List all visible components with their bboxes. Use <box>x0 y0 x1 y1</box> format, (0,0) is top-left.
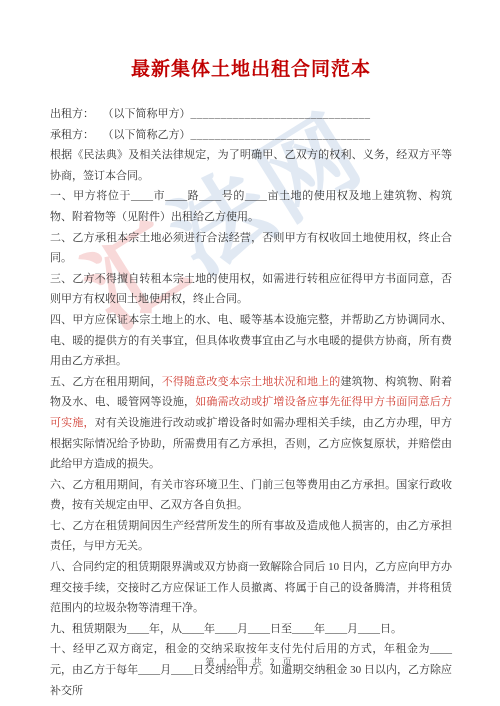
paragraph-text-segment: 对有关设施进行改动或扩增设备时如需办理相关手续，由乙方办理，甲方根据实际情况给予… <box>50 417 452 470</box>
contract-paragraph: 二、乙方承租本宗土地必须进行合法经营，否则甲方有权收回土地使用权，终止合同。 <box>50 228 452 269</box>
paragraph-text-segment: 八、合同约定的租赁期限界满或双方协商一致解除合同后 10 日内，乙方应向甲方办理… <box>50 561 452 614</box>
paragraph-text-segment: 十、经甲乙双方商定，租金的交纳采取按年支付先付后用的方式，年租金为____元，由… <box>50 643 452 696</box>
paragraph-text-segment: 四、甲方应保证本宗土地上的水、电、暖等基本设施完整，并帮助乙方协调同水、电、暖的… <box>50 314 452 367</box>
highlighted-text-segment: 不得随意改变本宗土地状况和地上的 <box>162 376 341 388</box>
paragraph-text-segment: 一、甲方将位于____市____路____号的____亩土地的使用权及地上建筑物… <box>50 190 452 223</box>
paragraph-text-segment: 根据《民法典》及相关法律规定，为了明确甲、乙双方的权利、义务，经双方平等协商，签… <box>50 149 452 182</box>
document-content: 最新集体土地出租合同范本 出租方：（以下简称甲方）_______________… <box>0 0 500 701</box>
paragraph-text-segment: 二、乙方承租本宗土地必须进行合法经营，否则甲方有权收回土地使用权，终止合同。 <box>50 232 452 265</box>
contract-paragraph: 八、合同约定的租赁期限界满或双方协商一致解除合同后 10 日内，乙方应向甲方办理… <box>50 557 452 619</box>
lessor-label: 出租方： <box>50 108 94 120</box>
contract-paragraph: 五、乙方在租用期间，不得随意改变本宗土地状况和地上的建筑物、构筑物、附着物及水、… <box>50 372 452 475</box>
page-title: 最新集体土地出租合同范本 <box>50 58 452 82</box>
contract-paragraph: 三、乙方不得擅自转租本宗土地的使用权，如需进行转租应征得甲方书面同意，否则甲方有… <box>50 269 452 310</box>
lessee-alias: （以下简称乙方） <box>108 129 191 141</box>
paragraph-text-segment: 九、租赁期限为____年，从____年____月____日至____年____月… <box>50 623 402 635</box>
contract-paragraph: 七、乙方在租赁期间因生产经营所发生的所有事故及造成他人损害的，由乙方承担责任，与… <box>50 516 452 557</box>
lessor-line: 出租方：（以下简称甲方）____________________________… <box>50 104 452 125</box>
page-number-footer: 第 1 页 共 2 页 <box>0 655 500 668</box>
contract-paragraph: 十、经甲乙双方商定，租金的交纳采取按年支付先付后用的方式，年租金为____元，由… <box>50 639 452 701</box>
lessee-line: 承租方：（以下简称乙方）____________________________… <box>50 125 452 146</box>
lessee-label: 承租方： <box>50 129 94 141</box>
contract-body: 根据《民法典》及相关法律规定，为了明确甲、乙双方的权利、义务，经双方平等协商，签… <box>50 145 452 701</box>
paragraph-text-segment: 六、乙方租用期间，有关市容环境卫生、门前三包等费用由乙方承担。国家行政收费，按有… <box>50 479 452 512</box>
lessor-blank-field: ______________________________ <box>191 108 371 120</box>
contract-paragraph: 四、甲方应保证本宗土地上的水、电、暖等基本设施完整，并帮助乙方协调同水、电、暖的… <box>50 310 452 372</box>
contract-paragraph: 六、乙方租用期间，有关市容环境卫生、门前三包等费用由乙方承担。国家行政收费，按有… <box>50 475 452 516</box>
contract-paragraph: 九、租赁期限为____年，从____年____月____日至____年____月… <box>50 619 452 640</box>
contract-paragraph: 一、甲方将位于____市____路____号的____亩土地的使用权及地上建筑物… <box>50 186 452 227</box>
paragraph-text-segment: 三、乙方不得擅自转租本宗土地的使用权，如需进行转租应征得甲方书面同意，否则甲方有… <box>50 273 452 306</box>
contract-document-page: 汇法网 最新集体土地出租合同范本 出租方：（以下简称甲方）___________… <box>0 0 500 706</box>
lessor-alias: （以下简称甲方） <box>108 108 191 120</box>
lessee-blank-field: ______________________________ <box>191 129 371 141</box>
paragraph-text-segment: 五、乙方在租用期间， <box>50 376 162 388</box>
contract-paragraph: 根据《民法典》及相关法律规定，为了明确甲、乙双方的权利、义务，经双方平等协商，签… <box>50 145 452 186</box>
paragraph-text-segment: 七、乙方在租赁期间因生产经营所发生的所有事故及造成他人损害的，由乙方承担责任，与… <box>50 520 452 553</box>
